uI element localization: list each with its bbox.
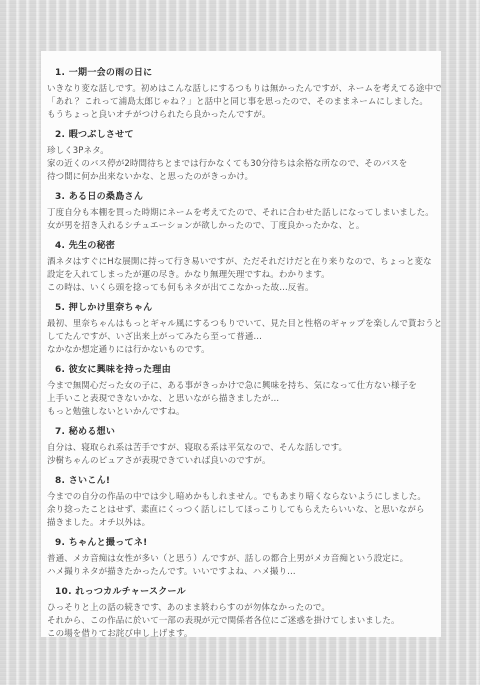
body-line: もっと勉強しないといかんですね。 [47,406,435,419]
body-line: 珍しく3Pネタ。 [47,145,435,158]
section-heading: 5. 押しかけ里奈ちゃん [47,302,435,315]
striped-page-background: 1. 一期一会の雨の日に いきなり変な話しです。初めはこんな話しにするつもりは無… [0,0,480,685]
body-line: 待つ間に何か出来ないかな、と思ったのがきっかけ。 [47,171,435,184]
body-line: 普通、メカ音痴は女性が多い（と思う）んですが、話しの都合上男がメカ音痴という設定… [47,553,435,566]
section-heading: 7. 秘める想い [47,426,435,439]
body-line: ハメ撮りネタが描きたかったんです。いいですよね、ハメ撮り… [47,566,435,579]
afterword-section: 8. さいこん! 今までの自分の作品の中では少し暗めかもしれません。でもあまり暗… [47,475,435,530]
section-heading: 2. 暇つぶしさせて [47,129,435,142]
body-line: この場を借りてお詫び申し上げます。 [47,628,435,641]
body-line: 沙樹ちゃんのピュアさが表現できていれば良いのですが。 [47,455,435,468]
afterword-section: 6. 彼女に興味を持った理由 今まで無関心だった女の子に、ある事がきっかけで急に… [47,364,435,419]
afterword-section: 3. ある日の桑島さん 丁度自分も本棚を買った時期にネームを考えてたので、それに… [47,191,435,233]
body-line: もうちょっと良いオチがつけられたら良かったんですが。 [47,109,435,122]
section-heading: 4. 先生の秘密 [47,240,435,253]
body-line: 「あれ？ これって浦島太郎じゃね？」と話中と同じ事を思ったので、そのままネームに… [47,96,435,109]
afterword-section: 5. 押しかけ里奈ちゃん 最初、里奈ちゃんはもっとギャル風にするつもりでいて、見… [47,302,435,357]
body-line: なかなか想定通りには行かないものです。 [47,344,435,357]
afterword-section: 2. 暇つぶしさせて 珍しく3Pネタ。家の近くのバス停が2時間待ちとまでは行かな… [47,129,435,184]
body-line: 最初、里奈ちゃんはもっとギャル風にするつもりでいて、見た目と性格のギャップを楽し… [47,318,435,331]
body-line: この時は、いくら頭を捻っても何もネタが出てこなかった故…反省。 [47,282,435,295]
body-line: 酒ネタはすぐにHな展開に持って行き易いですが、ただそれだけだと在り来りなので、ち… [47,256,435,269]
afterword-section: 10. れっつカルチャースクール ひっそりと上の話の続きです、あのまま終わらすの… [47,586,435,641]
body-line: 丁度自分も本棚を買った時期にネームを考えてたので、それに合わせた話しになってしま… [47,207,435,220]
body-line: それから、この作品に於いて一部の表現が元で関係者各位にご迷惑を掛けてしまいました… [47,615,435,628]
body-line: 余り捻ったことはせず、素直にくっつく話しにしてほっこりしてもらえたらいいな、と思… [47,504,435,517]
afterword-section: 1. 一期一会の雨の日に いきなり変な話しです。初めはこんな話しにするつもりは無… [47,67,435,122]
afterword-panel: 1. 一期一会の雨の日に いきなり変な話しです。初めはこんな話しにするつもりは無… [41,51,441,637]
body-line: 女が男を招き入れるシチュエーションが欲しかったので、丁度良かったかな、と。 [47,220,435,233]
section-heading: 9. ちゃんと撮ってネ! [47,537,435,550]
body-line: 設定を入れてしまったが運の尽き。かなり無理矢理ですね。わかります。 [47,269,435,282]
section-heading: 8. さいこん! [47,475,435,488]
section-heading: 1. 一期一会の雨の日に [47,67,435,80]
section-heading: 3. ある日の桑島さん [47,191,435,204]
body-line: 描きました。オチ以外は。 [47,517,435,530]
body-line: ひっそりと上の話の続きです、あのまま終わらすのが勿体なかったので。 [47,602,435,615]
body-line: 今までの自分の作品の中では少し暗めかもしれません。でもあまり暗くならないようにし… [47,491,435,504]
afterword-section: 4. 先生の秘密 酒ネタはすぐにHな展開に持って行き易いですが、ただそれだけだと… [47,240,435,295]
body-line: 今まで無関心だった女の子に、ある事がきっかけで急に興味を持ち、気になって仕方ない… [47,380,435,393]
body-line: 家の近くのバス停が2時間待ちとまでは行かなくても30分待ちは余裕な所なので、その… [47,158,435,171]
body-line: してたんですが、いざ出来上がってみたら至って普通… [47,331,435,344]
afterword-section: 7. 秘める想い 自分は、寝取られ系は苦手ですが、寝取る系は平気なので、そんな話… [47,426,435,468]
section-heading: 10. れっつカルチャースクール [47,586,435,599]
section-heading: 6. 彼女に興味を持った理由 [47,364,435,377]
body-line: 自分は、寝取られ系は苦手ですが、寝取る系は平気なので、そんな話しです。 [47,442,435,455]
section-list: 1. 一期一会の雨の日に いきなり変な話しです。初めはこんな話しにするつもりは無… [47,67,435,641]
body-line: 上手いこと表現できないかな、と思いながら描きましたが… [47,393,435,406]
afterword-section: 9. ちゃんと撮ってネ! 普通、メカ音痴は女性が多い（と思う）んですが、話しの都… [47,537,435,579]
body-line: いきなり変な話しです。初めはこんな話しにするつもりは無かったんですが、ネームを考… [47,83,435,96]
